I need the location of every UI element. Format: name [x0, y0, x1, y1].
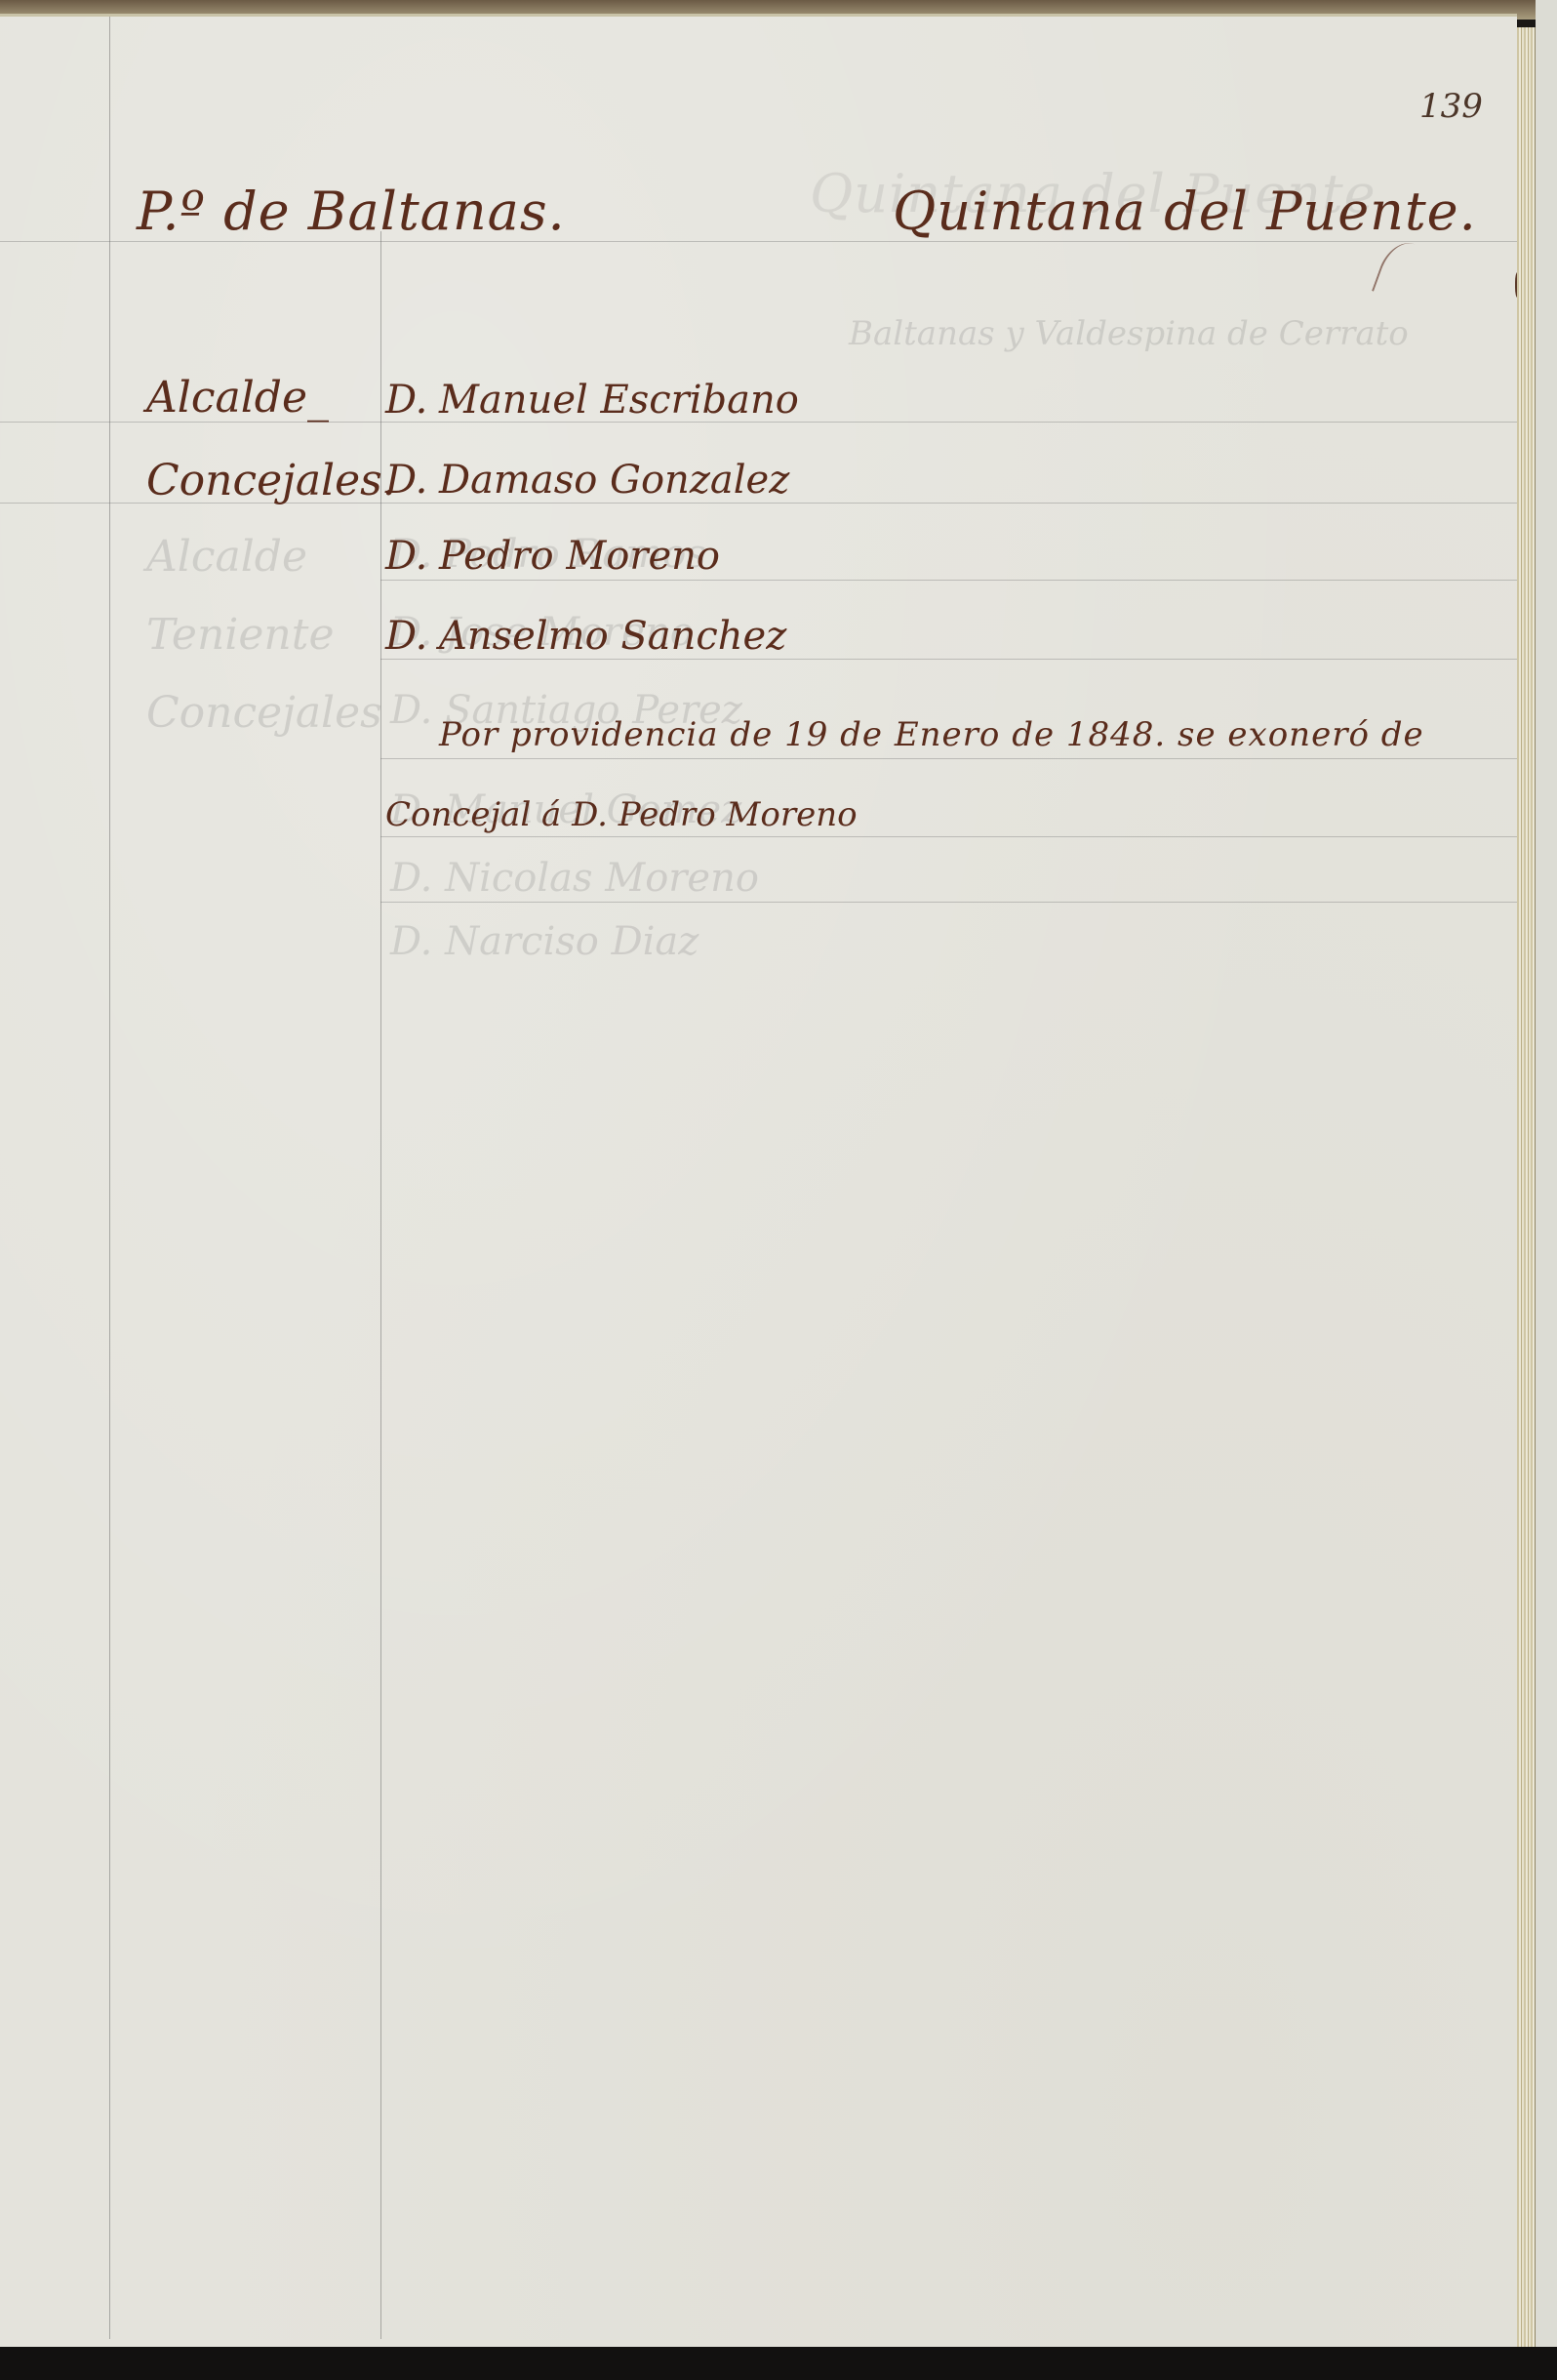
header-flourish — [1372, 236, 1430, 305]
exoneration-note-line-1: Por providencia de 19 de Enero de 1848. … — [439, 715, 1424, 754]
official-name: Pedro Moreno — [439, 534, 720, 579]
district-heading: P.º de Baltanas. — [137, 181, 566, 242]
folio-number: 139 — [1419, 87, 1483, 126]
outer-margin-rule — [109, 17, 110, 2339]
manuscript-page: Quintana del Puente Baltanas y Valdespin… — [0, 14, 1517, 2354]
entry-prefix: D. — [385, 614, 427, 659]
bleed-through-name: D. Narciso Diaz — [390, 919, 699, 964]
entry-prefix: D. — [385, 534, 427, 579]
ruled-line — [380, 659, 1517, 660]
ruled-line — [380, 580, 1517, 581]
official-name: Damaso Gonzalez — [439, 458, 789, 503]
ruled-line — [380, 836, 1517, 837]
scan-background-bottom — [0, 2347, 1557, 2380]
bleed-through-name: D. Nicolas Moreno — [390, 856, 759, 901]
label-column-rule — [380, 231, 381, 2339]
official-name: Manuel Escribano — [439, 378, 799, 423]
scan-background-right — [1536, 0, 1557, 2380]
page-stack-edge — [1517, 27, 1536, 2350]
municipality-heading: Quintana del Puente. — [893, 181, 1477, 242]
entry-prefix: D. — [385, 458, 427, 503]
bleed-through-label: Teniente — [146, 610, 334, 660]
role-label-concejales: Concejales. — [146, 456, 396, 505]
bleed-through-label: Concejales — [146, 688, 382, 738]
ruled-line — [380, 902, 1517, 903]
ruled-line — [380, 758, 1517, 759]
exoneration-note-line-2: Concejal á D. Pedro Moreno — [385, 795, 858, 834]
bleed-through-subheader: Baltanas y Valdespina de Cerrato — [849, 314, 1409, 353]
role-label-alcalde: Alcalde_ — [146, 373, 329, 423]
official-name: Anselmo Sanchez — [439, 614, 786, 659]
bleed-through-label: Alcalde — [146, 532, 307, 582]
entry-prefix: D. — [385, 378, 427, 423]
